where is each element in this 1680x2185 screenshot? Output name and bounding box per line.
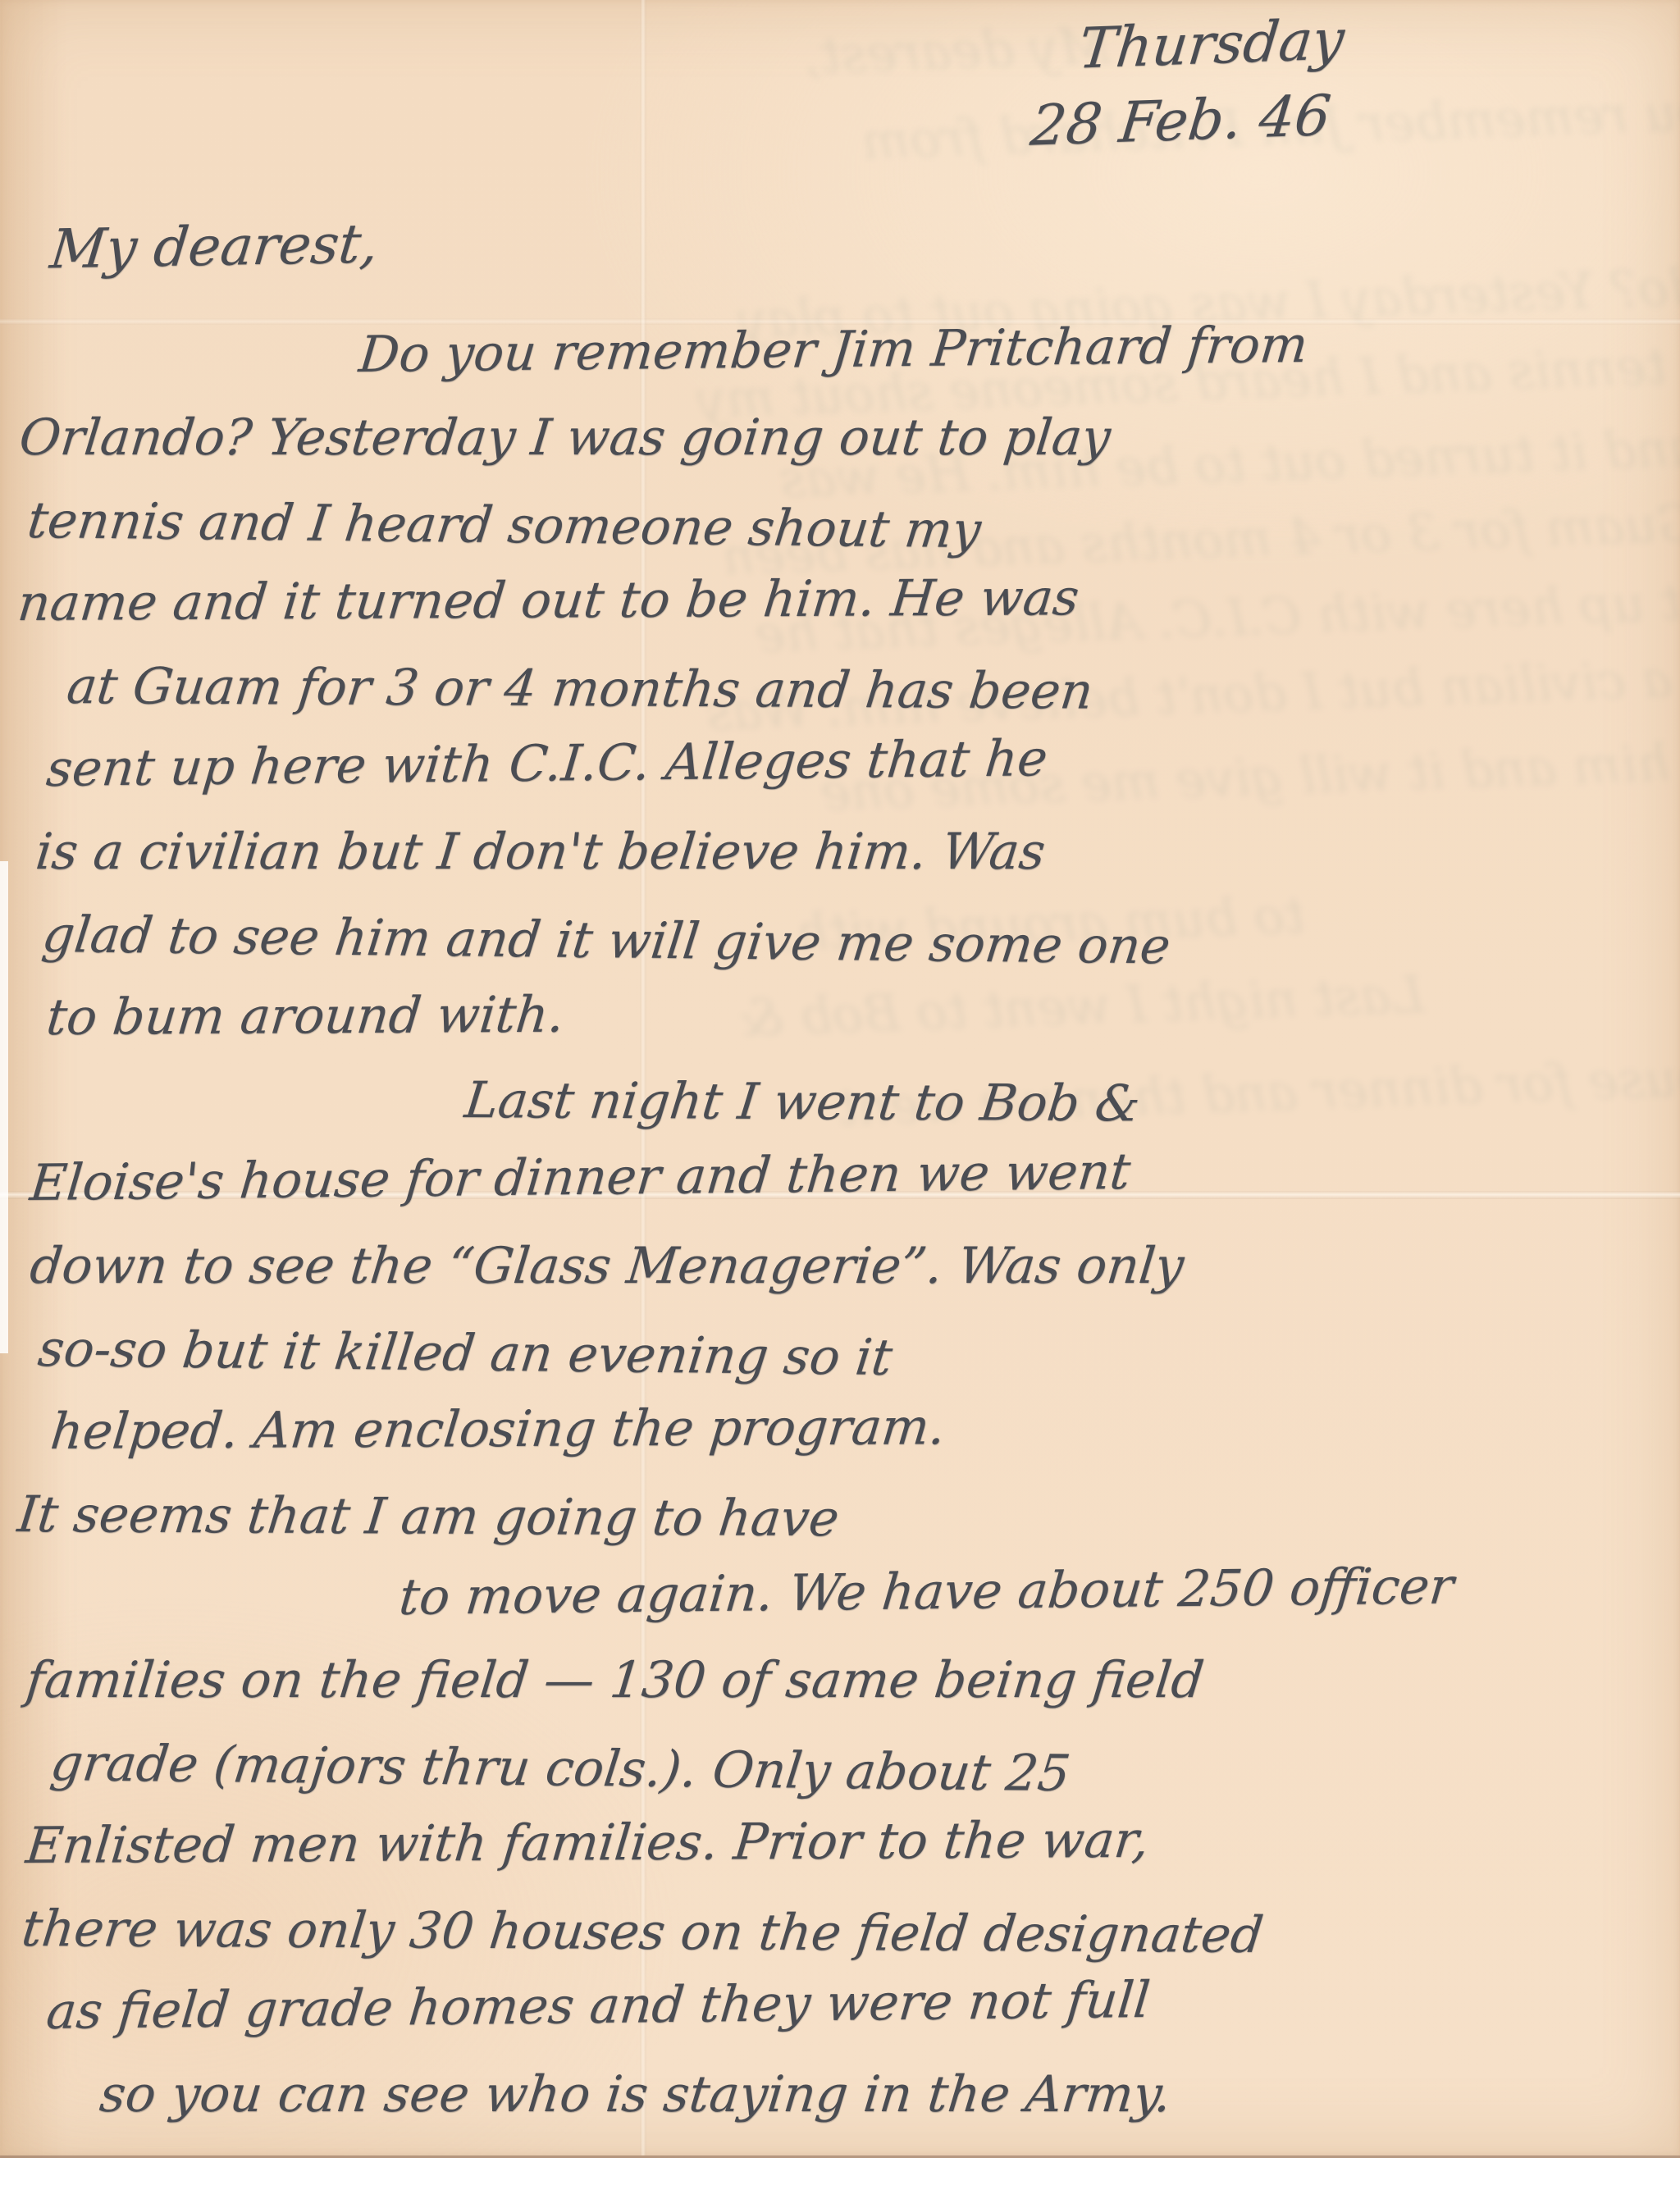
letter-line: Eloise's house for dinner and then we we… [26, 1124, 1680, 1225]
letter-line: as field grade homes and they were not f… [43, 1953, 1680, 2053]
letter-line: to bum around with. [43, 968, 1680, 1059]
letter-line: to move again. We have about 250 officer [395, 1543, 1680, 1639]
letter-body: Do you remember Jim Pritchard fromOrland… [18, 313, 1680, 2136]
date-day-line: Thursday [1075, 2, 1348, 88]
salutation: My dearest, [48, 212, 381, 281]
letter-line: Do you remember Jim Pritchard from [355, 299, 1680, 396]
letter-paper: My dearest,Do you remember Jim Pritchard… [0, 0, 1680, 2158]
letter-line: Orlando? Yesterday I was going out to pl… [16, 396, 1680, 479]
scanned-letter-page: My dearest,Do you remember Jim Pritchard… [0, 0, 1680, 2185]
letter-line: name and it turned out to be him. He was [14, 553, 1680, 645]
date-full-line: 28 Feb. 46 [1027, 78, 1350, 165]
letter-line: down to see the “Glass Menagerie”. Was o… [26, 1225, 1680, 1307]
letter-line: so you can see who is staying in the Arm… [96, 2053, 1680, 2136]
scan-edge-bottom [0, 2158, 1680, 2185]
letter-line: families on the field — 130 of same bein… [22, 1639, 1680, 1722]
date-block: Thursday 28 Feb. 46 [1027, 2, 1348, 164]
letter-line: helped. Am enclosing the program. [47, 1382, 1680, 1473]
letter-line: sent up here with C.I.C. Alleges that he [43, 710, 1680, 810]
letter-line: Enlisted men with families. Prior to the… [22, 1795, 1680, 1887]
scan-edge-left [0, 861, 8, 1353]
letter-line: is a civilian but I don't believe him. W… [32, 810, 1680, 893]
